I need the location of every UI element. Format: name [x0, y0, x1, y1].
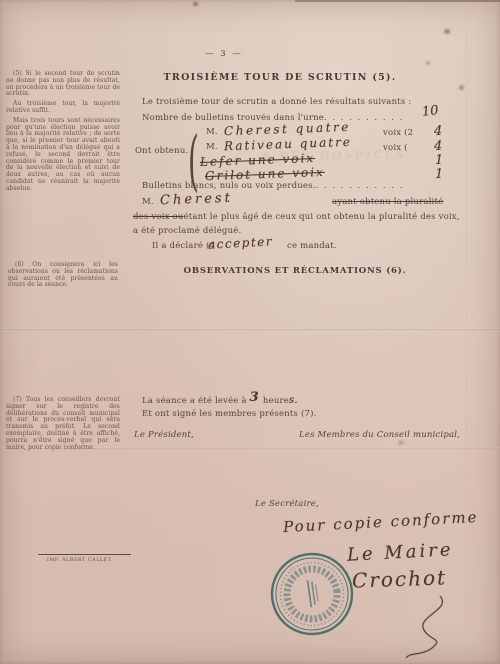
proclaimed-line: a été proclamé délégué.: [133, 226, 241, 237]
margin-note-7: (7) Tous les conseillers devront signer …: [6, 397, 120, 454]
margin-note-paragraph: Au troisième tour, la majorité relative …: [6, 101, 120, 115]
obtained-row-prefix: M.: [206, 142, 218, 153]
blank-ballots-label: Bulletins blancs, nuls ou voix perdues.: [142, 181, 316, 191]
blank-ballots-line: Bulletins blancs, nuls ou voix perdues..…: [142, 181, 404, 192]
president-label: Le Président,: [134, 430, 194, 441]
scanned-document-page: S DES HOSPICES (5) Si le second tour de …: [0, 0, 500, 664]
fox-spot: [193, 2, 198, 6]
plurality-text: étant le plus âgé de ceux qui ont obtenu…: [183, 212, 459, 222]
signed-line: Et ont signé les membres présents (7).: [142, 409, 317, 420]
maire-handwritten: Le Maire: [347, 539, 454, 566]
printer-imprint: IMP. ALBERT CALLET.: [47, 558, 113, 563]
signature-flourish: [392, 592, 462, 662]
page-title: TROISIÈME TOUR DE SCRUTIN (5).: [135, 72, 425, 83]
copy-note-handwritten: Pour copie conforme: [283, 508, 479, 536]
fox-spot: [459, 85, 464, 90]
intro-line: Le troisième tour de scrutin a donné les…: [142, 97, 411, 108]
obtained-label: Ont obtenu.: [135, 146, 188, 157]
tally-value-handwritten: 1: [435, 153, 443, 168]
elected-prefix: M.: [142, 197, 154, 208]
imprint-rule: [38, 554, 131, 555]
urn-count-value-handwritten: 10: [421, 103, 439, 120]
members-label: Les Membres du Conseil municipal,: [299, 430, 460, 441]
margin-note-paragraph: (6) On consignera ici les observations o…: [8, 262, 118, 289]
fold-crease: [0, 328, 500, 331]
hour-handwritten: 3: [250, 390, 259, 405]
voix-label: voix (: [383, 143, 408, 154]
plurality-line: des voix ouétant le plus âgé de ceux qui…: [133, 212, 460, 223]
tally-value-handwritten: 4: [434, 139, 442, 154]
municipal-stamp-icon: [261, 543, 363, 645]
fox-spot: [444, 29, 450, 34]
seance-after: heure: [263, 396, 289, 406]
accepted-handwritten: accepter: [208, 234, 274, 251]
margin-note-paragraph: (7) Tous les conseillers devront signer …: [6, 397, 120, 451]
elected-name-handwritten: Cherest: [160, 191, 233, 209]
seance-before: La séance a été levée à: [142, 396, 250, 406]
margin-note-5: (5) Si le second tour de scrutin ne donn…: [6, 71, 120, 196]
obtained-row-prefix: M.: [206, 127, 218, 138]
margin-note-paragraph: (5) Si le second tour de scrutin ne donn…: [6, 71, 120, 98]
signature-crochot: Crochot: [352, 565, 448, 592]
mandate-line-before: Il a déclaré (4: [152, 241, 215, 252]
tally-value-handwritten: 4: [434, 124, 442, 139]
observations-heading: OBSERVATIONS ET RÉCLAMATIONS (6).: [140, 266, 450, 277]
fox-spot: [426, 61, 430, 65]
edge-shadow: [295, 0, 500, 2]
seance-line: La séance a été levée à 3heures.: [142, 394, 298, 407]
leader-dots: . . . . . . . . . . .: [316, 181, 404, 191]
hour-suffix-handwritten: s.: [289, 395, 298, 406]
voix-label: voix (2: [383, 128, 413, 139]
struck-phrase: des voix ou: [133, 212, 183, 222]
margin-note-6: (6) On consignera ici les observations o…: [8, 262, 118, 292]
secretary-label: Le Secrétaire,: [255, 499, 319, 510]
page-number: — 3 —: [205, 49, 243, 60]
struck-phrase: ayant obtenu la pluralité: [332, 197, 443, 208]
tally-value-handwritten: 1: [435, 167, 443, 182]
margin-note-paragraph: Mais trois tours sont nécessaires pour q…: [6, 118, 120, 193]
mandate-line-after: ce mandat.: [287, 241, 337, 252]
vertical-crease: [466, 0, 468, 664]
